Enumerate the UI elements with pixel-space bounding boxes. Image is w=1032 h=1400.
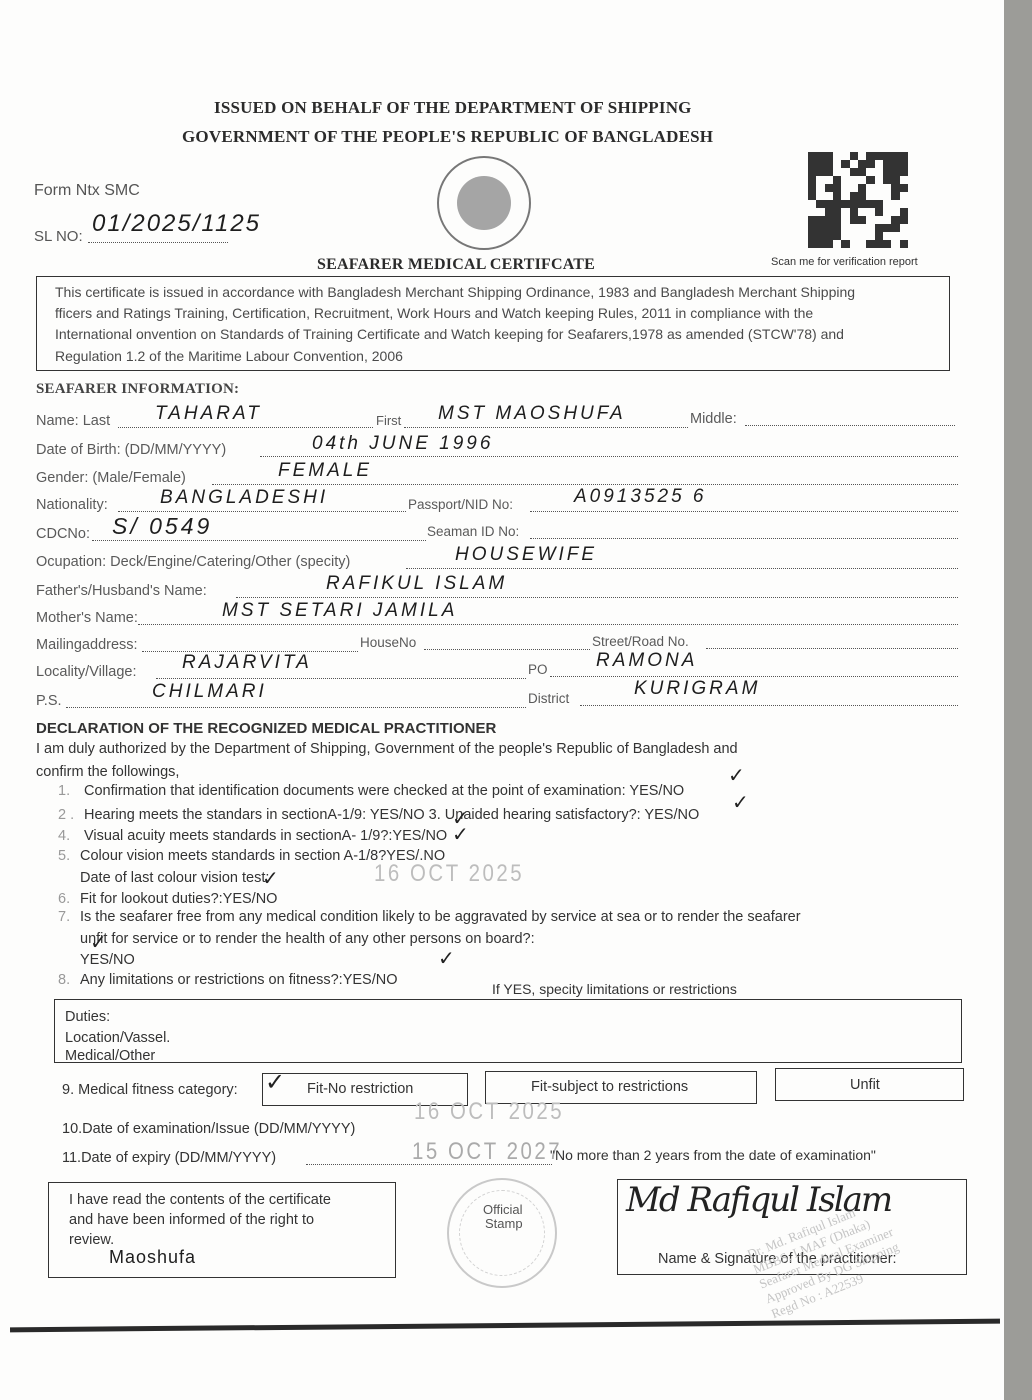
checkmark-icon: ✓ xyxy=(90,930,107,954)
district-value: KURIGRAM xyxy=(634,678,760,700)
header-line-2: GOVERNMENT OF THE PEOPLE'S REPUBLIC OF B… xyxy=(182,127,713,147)
checkmark-icon: ✓ xyxy=(732,790,749,814)
declaration-item-2-3: Hearing meets the standars in sectionA-1… xyxy=(84,807,699,823)
checkmark-icon: ✓ xyxy=(452,822,469,846)
intro-line: Regulation 1.2 of the Maritime Labour Co… xyxy=(55,348,403,364)
ps-value: CHILMARI xyxy=(152,681,267,703)
expiry-note: "No more than 2 years from the date of e… xyxy=(550,1147,876,1163)
exam-date-label: 10.Date of examination/Issue (DD/MM/YYYY… xyxy=(62,1121,355,1137)
seafarer-info-heading: SEAFARER INFORMATION: xyxy=(36,381,239,398)
checkmark-icon: ✓ xyxy=(728,763,745,787)
declaration-item-7-answer: YES/NO xyxy=(80,952,135,968)
seafarer-signature: Maoshufa xyxy=(109,1247,196,1268)
gender-label: Gender: (Male/Female) xyxy=(36,470,186,486)
fitness-category-label: 9. Medical fitness category: xyxy=(62,1082,238,1098)
dob-label: Date of Birth: (DD/MM/YYYY) xyxy=(36,442,226,458)
official-stamp-icon: Official Stamp xyxy=(447,1178,557,1288)
district-label: District xyxy=(528,691,569,706)
house-no-label: HouseNo xyxy=(360,635,416,650)
expiry-date-label: 11.Date of expiry (DD/MM/YYYY) xyxy=(62,1150,276,1166)
header-line-1: ISSUED ON BEHALF OF THE DEPARTMENT OF SH… xyxy=(214,98,692,118)
scan-edge xyxy=(1004,0,1032,1400)
po-value: RAMONA xyxy=(596,650,697,672)
name-last-value: TAHARAT xyxy=(155,403,262,425)
qr-caption: Scan me for verification report xyxy=(771,256,918,268)
intro-box: This certificate is issued in accordance… xyxy=(36,276,950,371)
declaration-heading: DECLARATION OF THE RECOGNIZED MEDICAL PR… xyxy=(36,720,496,737)
sl-number-value: 01/2025/1125 xyxy=(92,210,261,238)
nationality-label: Nationality: xyxy=(36,497,108,513)
locality-value: RAJARVITA xyxy=(182,652,312,674)
intro-line: International onvention on Standards of … xyxy=(55,326,844,342)
form-number: Form Ntx SMC xyxy=(34,182,140,200)
declaration-item-4: Visual acuity meets standards in section… xyxy=(84,828,447,844)
exam-date-value: 16 OCT 2025 xyxy=(414,1098,564,1126)
mother-name-label: Mother's Name: xyxy=(36,610,138,626)
father-husband-value: RAFIKUL ISLAM xyxy=(326,573,507,595)
medical-other-label: Medical/Other xyxy=(65,1048,155,1064)
name-middle-label: Middle: xyxy=(690,411,737,427)
cdc-label: CDCNo: xyxy=(36,526,90,542)
seaman-id-label: Seaman ID No: xyxy=(427,524,519,539)
intro-line: This certificate is issued in accordance… xyxy=(55,284,855,300)
colour-vision-test-label: Date of last colour vision test: xyxy=(80,870,269,886)
passport-label: Passport/NID No: xyxy=(408,497,513,512)
intro-line: fficers and Ratings Training, Certificat… xyxy=(55,305,813,321)
expiry-date-value: 15 OCT 2027 xyxy=(412,1138,562,1166)
nationality-value: BANGLADESHI xyxy=(160,487,328,509)
street-road-label: Street/Road No. xyxy=(592,634,689,649)
sl-number-label: SL NO: xyxy=(34,228,83,245)
occupation-label: Ocupation: Deck/Engine/Catering/Other (s… xyxy=(36,554,350,570)
restrictions-box[interactable]: Duties: Location/Vassel. Medical/Other xyxy=(54,999,962,1063)
location-vessel-label: Location/Vassel. xyxy=(65,1030,170,1046)
checkmark-icon: ✓ xyxy=(265,1068,285,1096)
locality-label: Locality/Village: xyxy=(36,664,137,680)
father-husband-label: Father's/Husband's Name: xyxy=(36,583,207,599)
certificate-page: ISSUED ON BEHALF OF THE DEPARTMENT OF SH… xyxy=(0,0,1004,1400)
declaration-item-7: Is the seafarer free from any medical co… xyxy=(80,909,801,925)
occupation-value: HOUSEWIFE xyxy=(455,544,597,566)
declaration-item-6: Fit for lookout duties?:YES/NO xyxy=(80,891,277,907)
name-first-label: First xyxy=(376,413,401,428)
checkmark-icon: ✓ xyxy=(438,946,455,970)
mother-name-value: MST SETARI JAMILA xyxy=(222,600,457,622)
mailing-address-label: Mailingaddress: xyxy=(36,637,138,653)
certificate-title: SEAFARER MEDICAL CERTIFCATE xyxy=(317,256,595,274)
gender-value: FEMALE xyxy=(278,460,372,482)
dob-value: 04th JUNE 1996 xyxy=(312,433,493,455)
po-label: PO xyxy=(528,662,548,677)
fitness-option-unfit[interactable]: Unfit xyxy=(775,1068,964,1101)
ps-label: P.S. xyxy=(36,693,62,709)
restrictions-caption: If YES, specity limitations or restricti… xyxy=(492,981,737,997)
colour-vision-test-date: 16 OCT 2025 xyxy=(374,860,524,888)
cdc-value: S/ 0549 xyxy=(112,513,212,540)
checkmark-icon: ✓ xyxy=(262,866,279,890)
declaration-intro: confirm the followings, xyxy=(36,764,179,780)
government-seal-icon xyxy=(437,156,531,250)
declaration-intro: I am duly authorized by the Department o… xyxy=(36,741,738,757)
duties-label: Duties: xyxy=(65,1009,110,1025)
name-first-value: MST MAOSHUFA xyxy=(438,403,626,425)
bottom-divider xyxy=(10,1319,1000,1333)
declaration-item-7-cont: unfit for service or to render the healt… xyxy=(80,931,535,947)
qr-code-icon[interactable] xyxy=(808,152,908,248)
passport-value: A0913525 6 xyxy=(574,486,707,508)
declaration-item-8: Any limitations or restrictions on fitne… xyxy=(80,972,398,988)
declaration-item-1: Confirmation that identification documen… xyxy=(84,783,684,799)
acknowledgement-box: I have read the contents of the certific… xyxy=(48,1182,396,1278)
name-last-label: Name: Last xyxy=(36,413,110,429)
